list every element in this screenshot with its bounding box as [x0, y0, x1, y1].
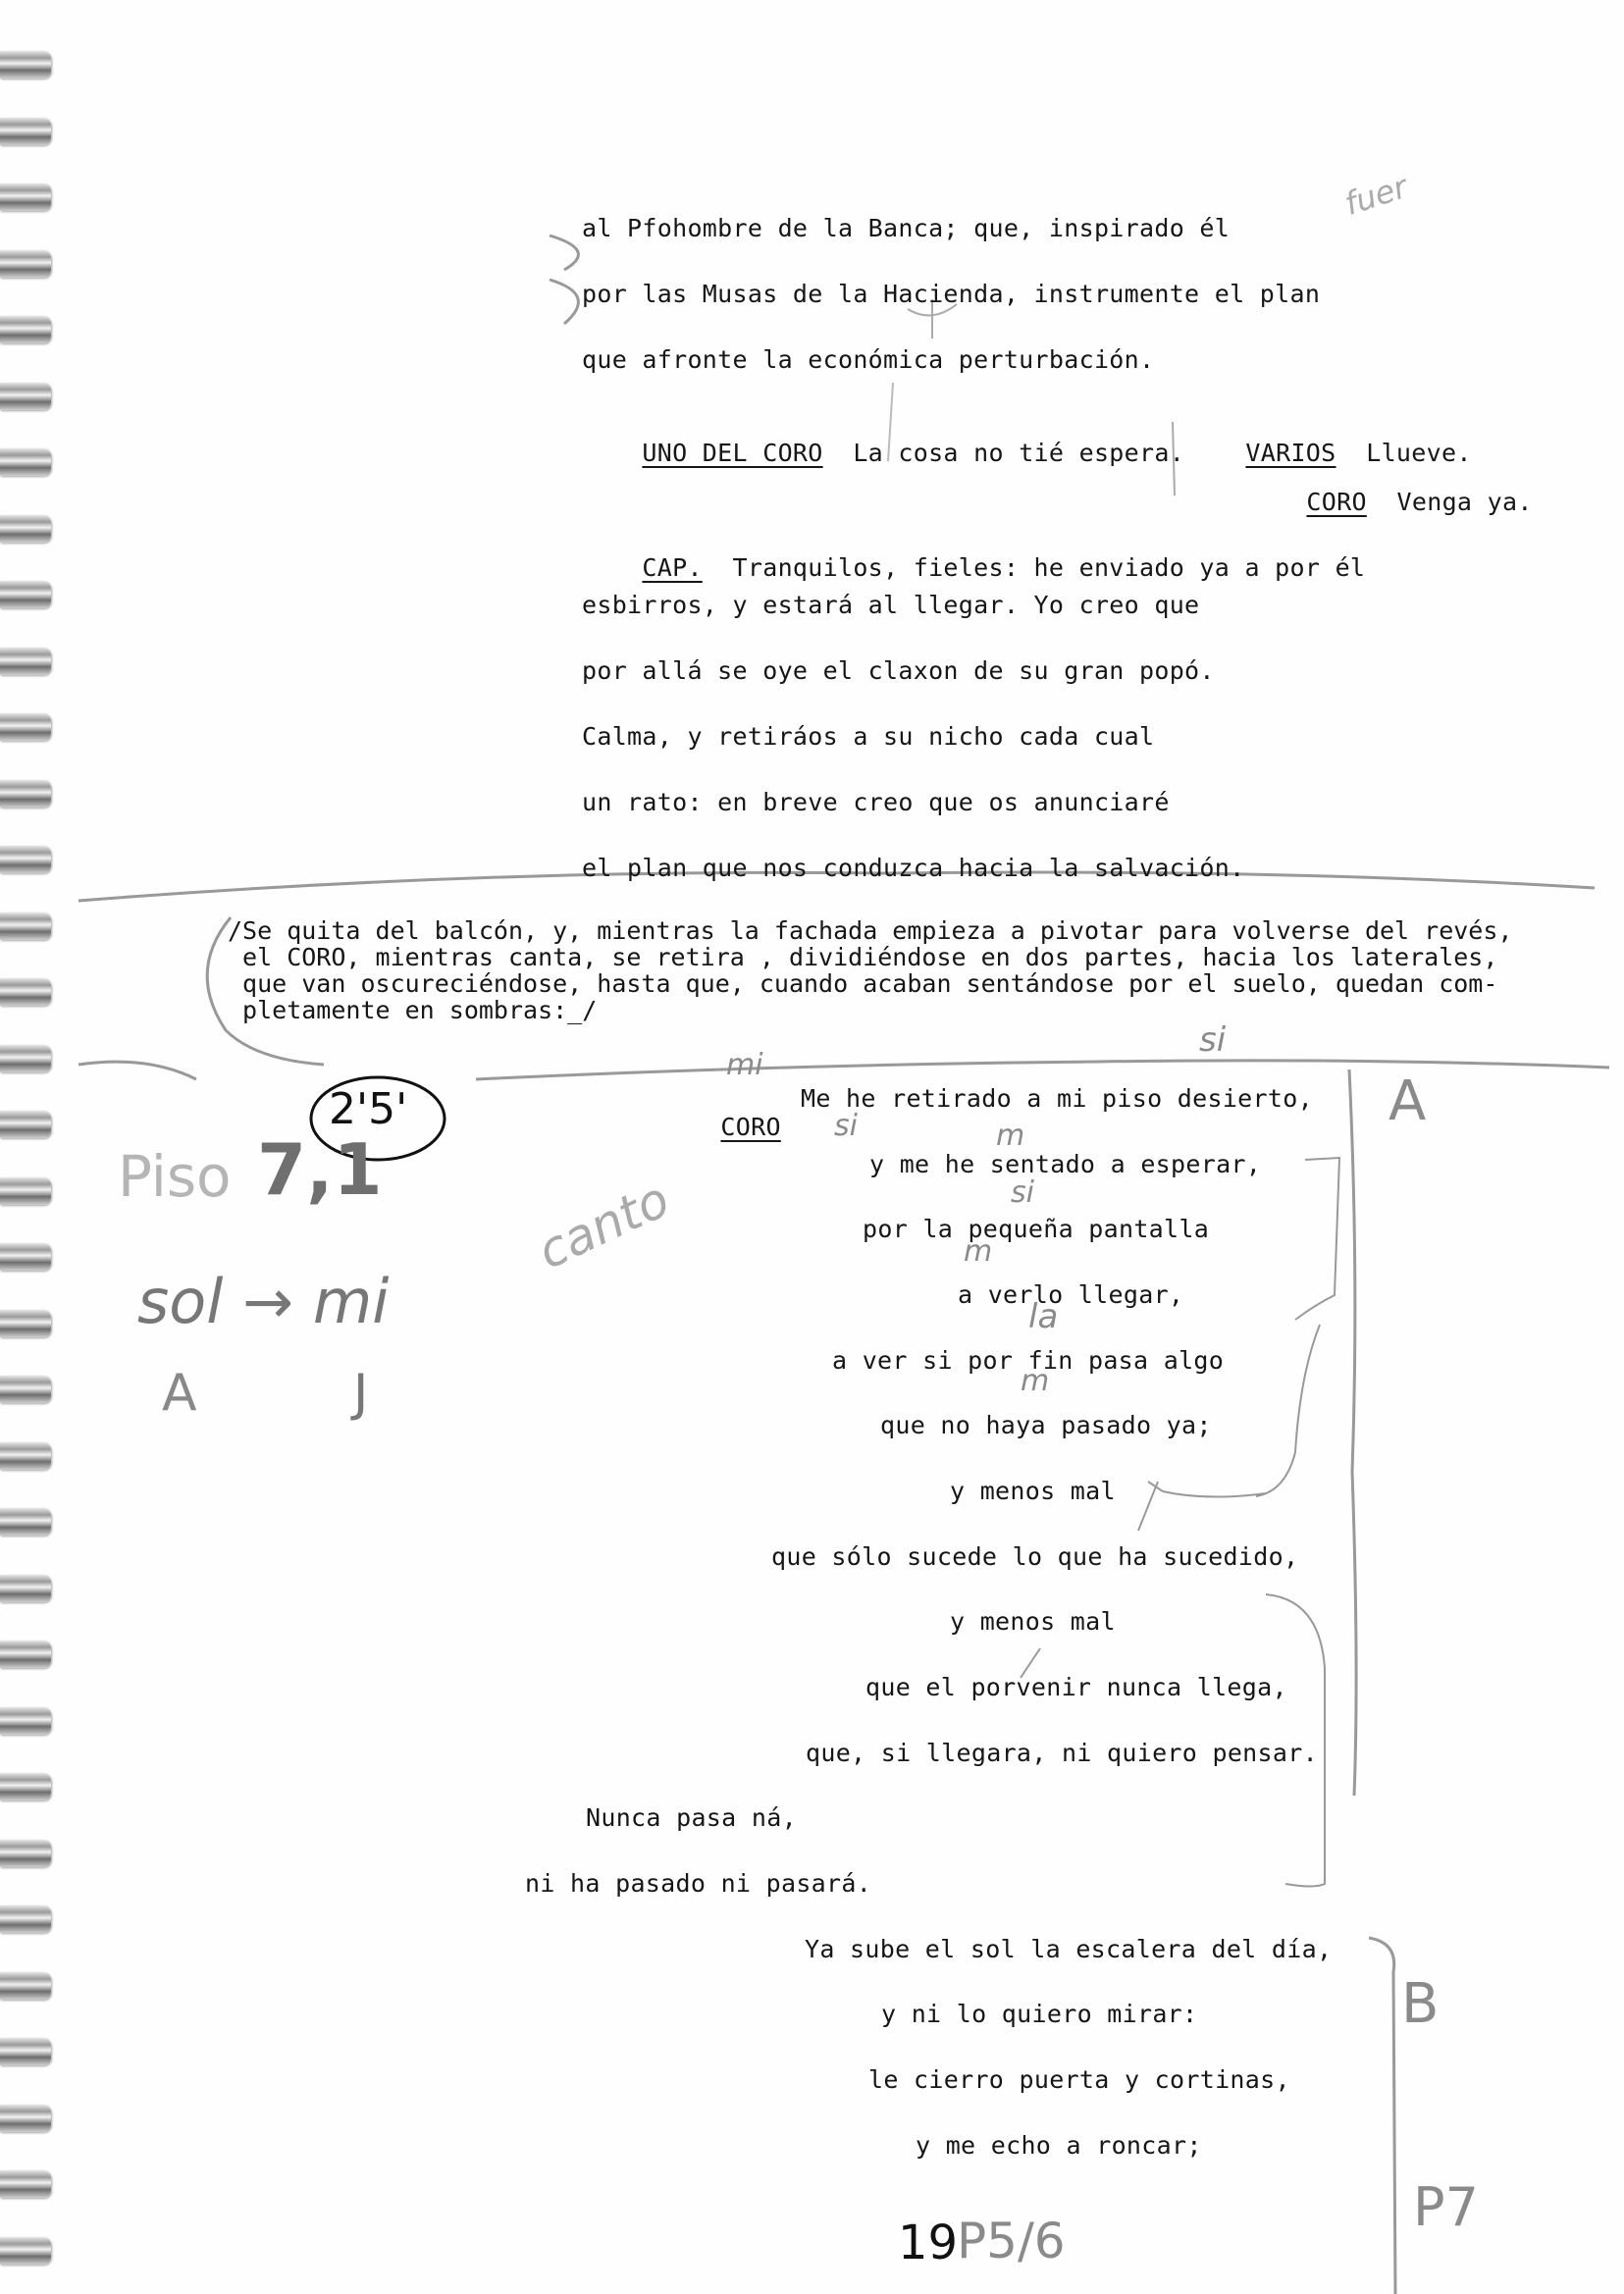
page-reference: P5/6 — [957, 2213, 1066, 2269]
song-line: y menos mal — [950, 1477, 1116, 1505]
song-line: que no haya pasado ya; — [880, 1411, 1212, 1439]
script-page: al Pfohombre de la Banca; que, inspirado… — [0, 0, 1624, 2294]
spiral-ring — [0, 1376, 51, 1403]
song-line: y me echo a roncar; — [916, 2131, 1202, 2160]
song-line: y me he sentado a esperar, — [869, 1150, 1261, 1178]
spiral-ring — [0, 1243, 51, 1271]
spiral-ring — [0, 1310, 51, 1337]
song-line: Me he retirado a mi piso desierto, — [801, 1084, 1313, 1113]
line-text: Tranquilos, fieles: he enviado ya a por … — [733, 553, 1366, 582]
dialogue-line: al Pfohombre de la Banca; que, inspirado… — [582, 214, 1230, 242]
spiral-ring — [0, 1442, 51, 1470]
spiral-ring — [0, 448, 51, 476]
spiral-ring — [0, 118, 51, 145]
stage-direction-line: /Se quita del balcón, y, mientras la fac… — [228, 918, 1512, 944]
key-change-note: sol → mi — [137, 1266, 389, 1337]
spiral-ring — [0, 1972, 51, 2000]
song-line: ni ha pasado ni pasará. — [525, 1869, 871, 1898]
cap-line: un rato: en breve creo que os anunciaré — [582, 788, 1170, 816]
stage-direction-line: que van oscureciéndose, hasta que, cuand… — [228, 971, 1497, 997]
spiral-ring — [0, 1773, 51, 1800]
note-annotation: m — [1021, 1364, 1049, 1398]
song-line: le cierro puerta y cortinas, — [868, 2065, 1290, 2094]
stage-direction-line: el CORO, mientras canta, se retira , div… — [228, 945, 1497, 970]
note-annotation: si — [834, 1109, 858, 1143]
exchange-line: UNO DEL CORO La cosa no tié espera. — [582, 410, 1184, 495]
spiral-ring — [0, 581, 51, 608]
song-line: a verlo llegar, — [958, 1280, 1183, 1309]
note-annotation: la — [1028, 1297, 1058, 1336]
speaker-coro-song: CORO — [720, 1113, 780, 1141]
speaker-cap: CAP. — [642, 553, 702, 582]
spiral-ring — [0, 1177, 51, 1205]
margin-piso-note: Piso — [118, 1143, 232, 1210]
cap-line: el plan que nos conduzca hacia la salvac… — [582, 854, 1244, 882]
dialogue-line: por las Musas de la Hacienda, instrument… — [582, 280, 1320, 308]
spiral-ring — [0, 250, 51, 278]
margin-number-note: 7,1 — [257, 1128, 383, 1211]
spiral-ring — [0, 2105, 51, 2132]
note-annotation: m — [964, 1234, 992, 1269]
speaker-coro: CORO — [1306, 488, 1366, 516]
note-annotation: m — [996, 1119, 1024, 1153]
cap-line: esbirros, y estará al llegar. Yo creo qu… — [582, 591, 1199, 619]
spiral-ring — [0, 2170, 51, 2198]
song-line: Nunca pasa ná, — [586, 1803, 797, 1832]
song-line: y ni lo quiero mirar: — [881, 2000, 1197, 2028]
spiral-ring — [0, 846, 51, 873]
top-margin-scribble: fuer — [1340, 168, 1412, 223]
spiral-ring — [0, 780, 51, 808]
spiral-ring — [0, 2237, 51, 2265]
spiral-ring — [0, 2038, 51, 2065]
spiral-ring — [0, 183, 51, 211]
canto-note: canto — [529, 1171, 677, 1280]
spiral-ring — [0, 912, 51, 940]
spiral-ring — [0, 978, 51, 1006]
spiral-ring — [0, 316, 51, 343]
spiral-ring — [0, 1575, 51, 1602]
cap-line: por allá se oye el claxon de su gran pop… — [582, 656, 1215, 685]
spiral-ring — [0, 1508, 51, 1536]
song-line: que, si llegara, ni quiero pensar. — [806, 1739, 1318, 1767]
spiral-ring — [0, 1641, 51, 1668]
key-from-label: A — [162, 1364, 197, 1423]
section-a-label: A — [1388, 1069, 1426, 1133]
spiral-ring — [0, 1707, 51, 1735]
song-line: por la pequeña pantalla — [863, 1215, 1209, 1243]
song-speaker: CORO — [660, 1084, 781, 1170]
spiral-ring — [0, 648, 51, 675]
key-to-label: J — [353, 1364, 368, 1423]
dialogue-line: que afronte la económica perturbación. — [582, 345, 1154, 374]
page-reference-right: P7 — [1413, 2176, 1479, 2238]
stage-direction-line: pletamente en sombras:_/ — [228, 998, 597, 1023]
spiral-binding — [0, 0, 59, 2294]
song-line: que el porvenir nunca llega, — [865, 1673, 1287, 1701]
song-line: y menos mal — [950, 1607, 1116, 1636]
cap-line: Calma, y retiráos a su nicho cada cual — [582, 722, 1154, 751]
spiral-ring — [0, 1905, 51, 1933]
section-b-label: B — [1401, 1972, 1439, 2036]
spiral-ring — [0, 383, 51, 410]
spiral-ring — [0, 1045, 51, 1072]
page-number: 19 — [898, 2216, 958, 2270]
spiral-ring — [0, 713, 51, 741]
spiral-ring — [0, 515, 51, 543]
note-annotation: si — [1011, 1175, 1034, 1210]
note-annotation: mi — [726, 1048, 763, 1082]
timing-annotation: 2'5' — [329, 1084, 407, 1134]
spiral-ring — [0, 51, 51, 78]
speaker-uno-del-coro: UNO DEL CORO — [642, 439, 822, 467]
note-annotation: si — [1199, 1020, 1226, 1060]
song-line: Ya sube el sol la escalera del día, — [805, 1935, 1332, 1963]
spiral-ring — [0, 1111, 51, 1138]
line-text: La cosa no tié espera. — [853, 439, 1184, 467]
line-text: Venga ya. — [1397, 488, 1533, 516]
spiral-ring — [0, 1840, 51, 1867]
song-line: que sólo sucede lo que ha sucedido, — [771, 1542, 1298, 1571]
